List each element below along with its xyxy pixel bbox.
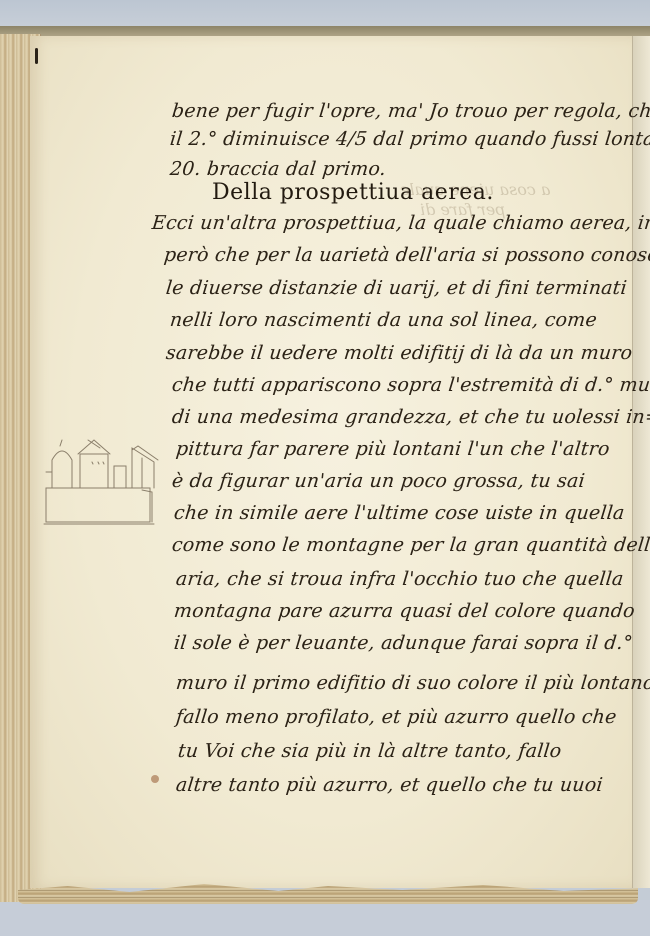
- text-line: muro il primo edifitio di suo colore il …: [175, 672, 650, 694]
- text-line: tu Voi che sia più in là altre tanto, fa…: [177, 740, 563, 762]
- text-line: sarebbe il uedere molti edifitij di là d…: [165, 342, 634, 364]
- text-line: è da figurar un'aria un poco grossa, tu …: [171, 470, 586, 492]
- text-line: come sono le montagne per la gran quanti…: [171, 534, 650, 556]
- text-line: fallo meno profilato, et più azurro quel…: [175, 706, 618, 728]
- text-line: di una medesima grandezza, et che tu uol…: [171, 406, 650, 428]
- text-line: Ecci un'altra prospettiua, la quale chia…: [151, 212, 650, 234]
- text-line: montagna pare azurra quasi del colore qu…: [173, 600, 636, 622]
- text-line: però che per la uarietà dell'aria si pos…: [163, 244, 650, 266]
- ink-stain: [151, 775, 159, 783]
- section-heading: Della prospettiua aerea.: [212, 180, 494, 205]
- building-sketch-icon: [38, 436, 162, 532]
- text-line: che in simile aere l'ultime cose uiste i…: [173, 502, 626, 524]
- text-line: che tutti appariscono sopra l'estremità …: [171, 374, 650, 396]
- text-line: 20. braccia dal primo.: [169, 158, 387, 180]
- text-line: altre tanto più azurro, et quello che tu…: [175, 774, 604, 796]
- text-line: nelli loro nascimenti da una sol linea, …: [169, 309, 598, 331]
- text-line: bene per fugir l'opre, ma' Jo trouo per …: [171, 100, 650, 122]
- text-line: il 2.° diminuisce 4/5 dal primo quando f…: [169, 128, 650, 150]
- text-line: il sole è per leuante, adunque farai sop…: [173, 632, 634, 654]
- text-line: aria, che si troua infra l'occhio tuo ch…: [175, 568, 625, 590]
- text-line: pittura far parere più lontani l'un che …: [175, 438, 611, 460]
- text-line: le diuerse distanzie di uarij, et di fin…: [165, 277, 628, 299]
